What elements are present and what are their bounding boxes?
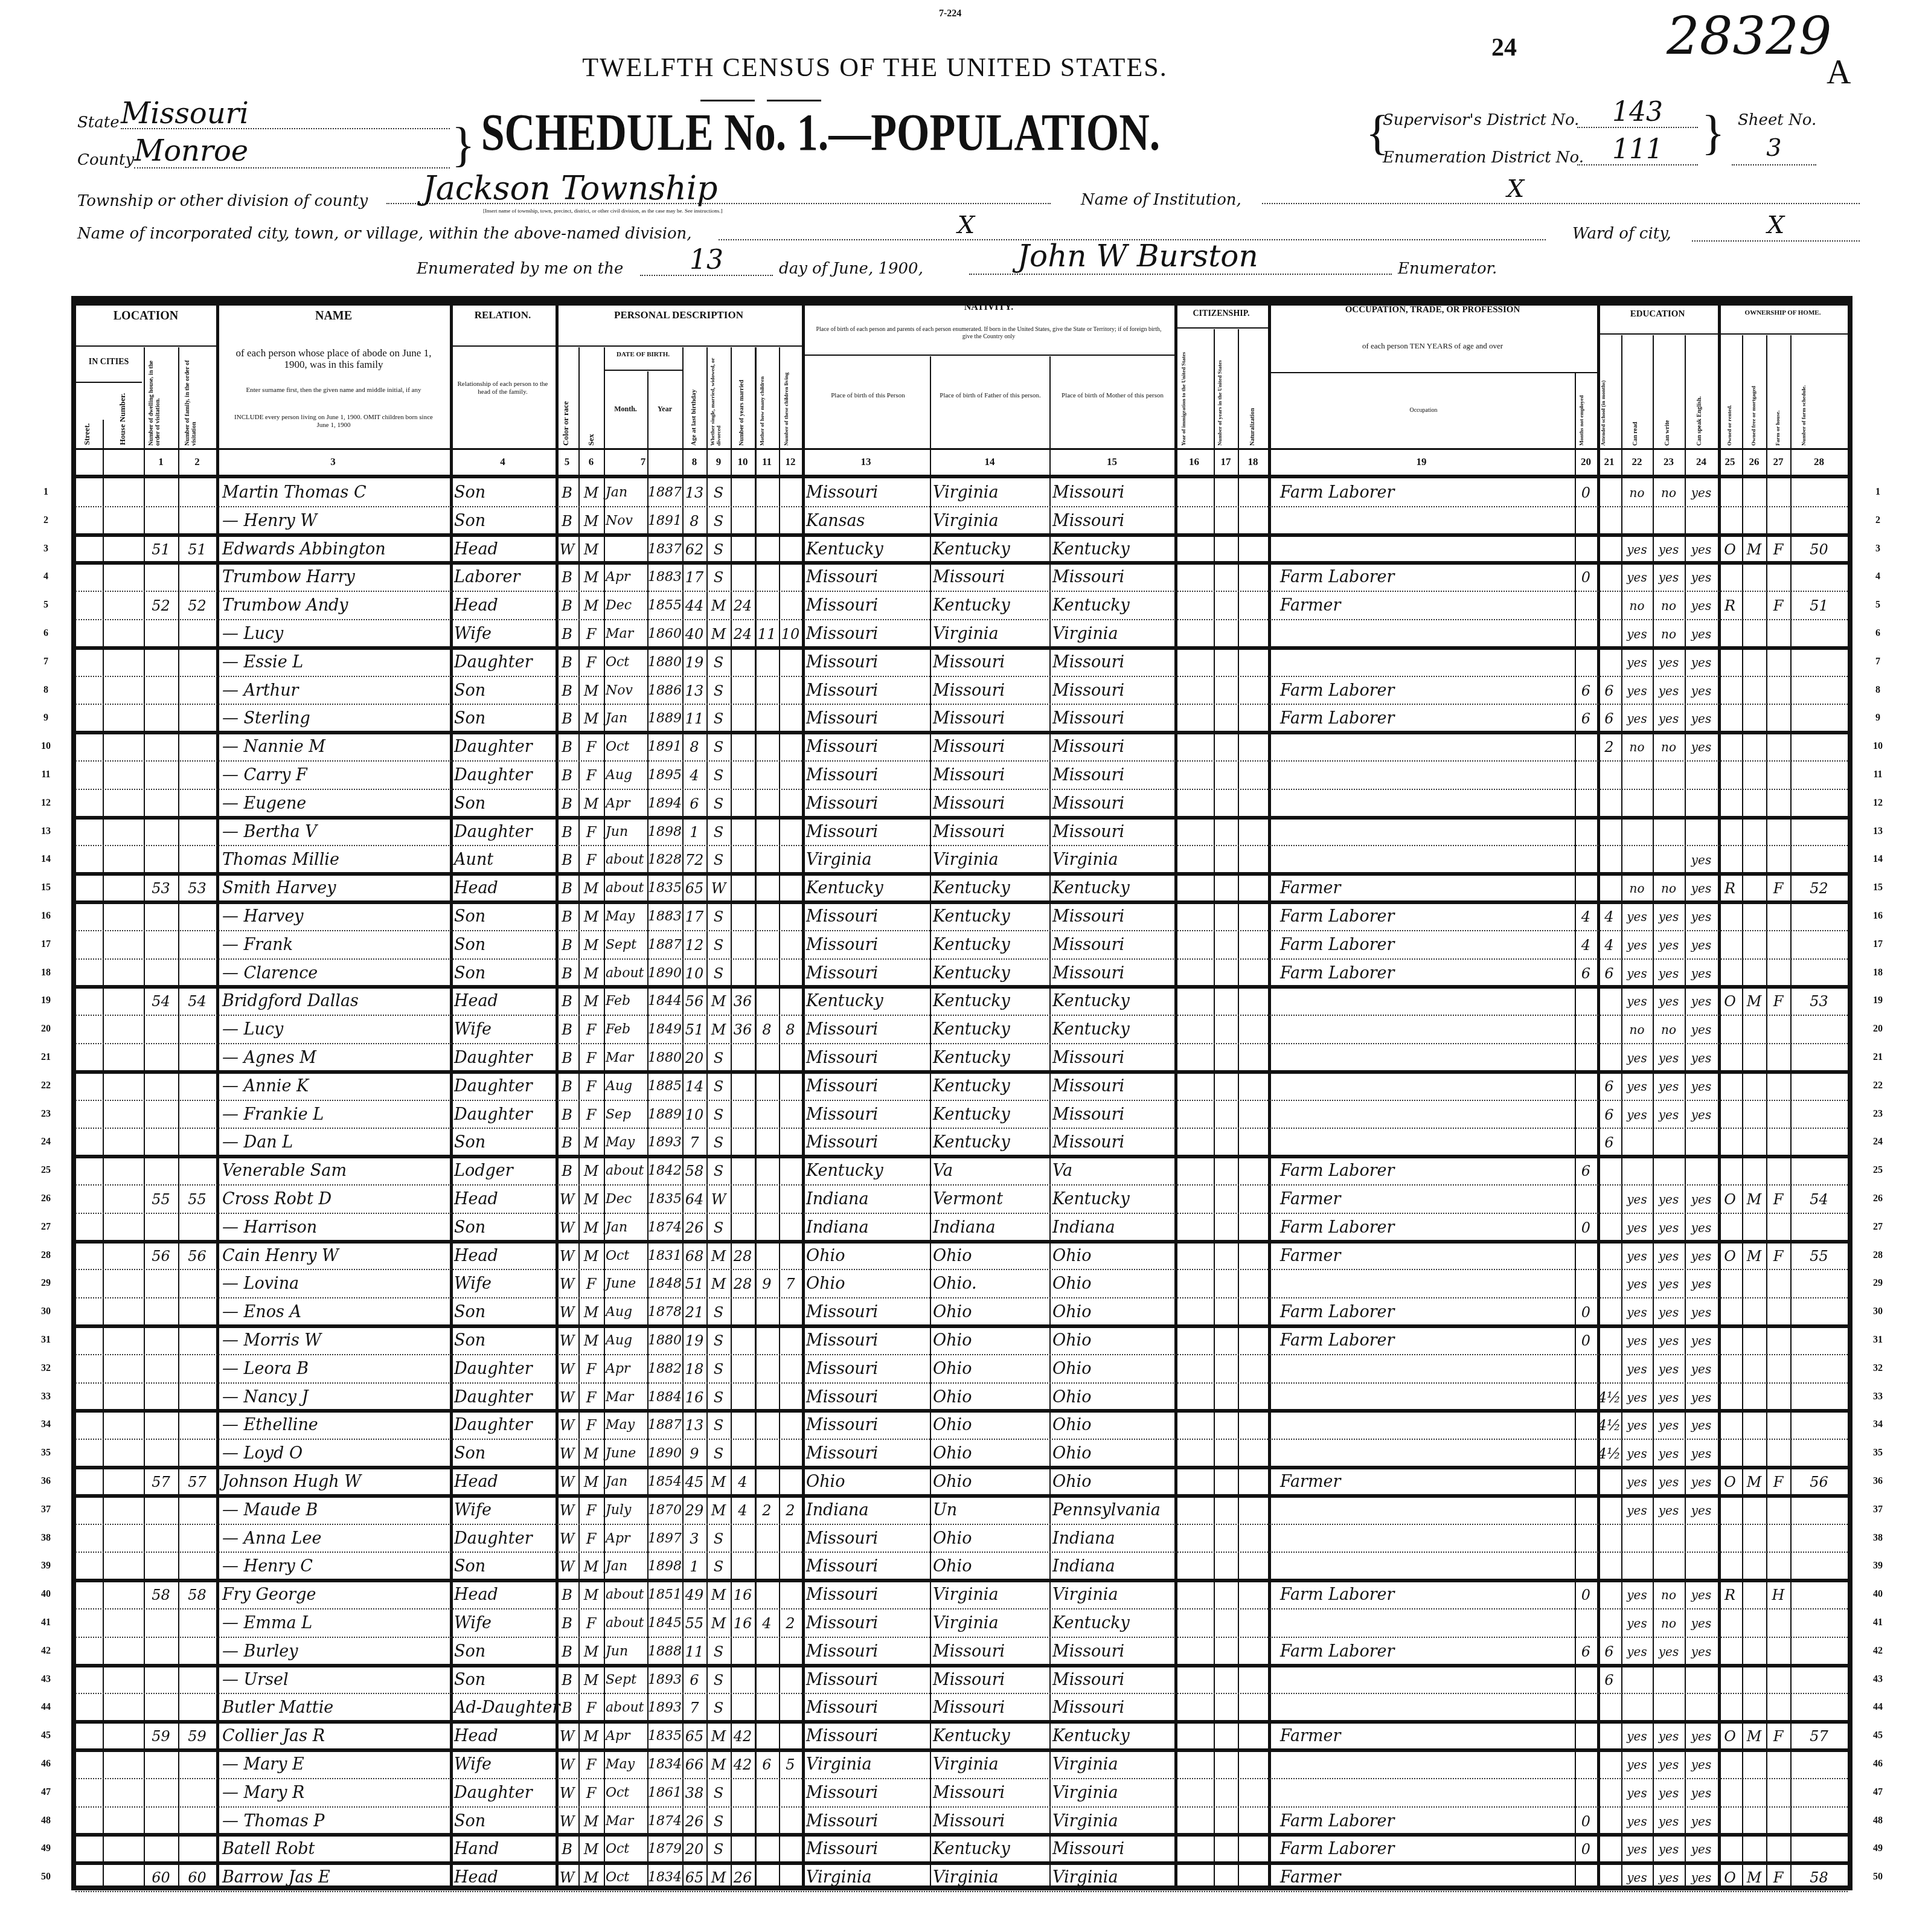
cell-col: B bbox=[556, 649, 578, 676]
cell-rel: Son bbox=[454, 1667, 556, 1693]
cell-en: yes bbox=[1685, 1412, 1718, 1439]
cell-ms: S bbox=[706, 1158, 731, 1184]
cell-ms: S bbox=[706, 705, 731, 732]
cell-mon: Aug bbox=[606, 1073, 647, 1100]
row-number-left: 34 bbox=[35, 1419, 57, 1430]
cell-wr: no bbox=[1653, 1610, 1685, 1637]
cell-col: W bbox=[556, 1186, 578, 1213]
row-number-right: 5 bbox=[1867, 600, 1889, 611]
cell-sex: M bbox=[578, 1469, 604, 1495]
cell-mu: 0 bbox=[1575, 1299, 1597, 1326]
cell-en: yes bbox=[1685, 1440, 1718, 1467]
cell-ms: M bbox=[706, 1610, 731, 1637]
cell-rd: yes bbox=[1621, 1102, 1653, 1128]
cell-free: M bbox=[1742, 1864, 1766, 1891]
cell-age: 51 bbox=[682, 1271, 706, 1297]
cell-rel: Daughter bbox=[454, 734, 556, 760]
cell-yr: 1889 bbox=[647, 705, 682, 732]
col-line bbox=[1766, 335, 1767, 1890]
cell-occ: Farmer bbox=[1280, 1243, 1575, 1269]
cell-name: — Agnes M bbox=[222, 1045, 450, 1071]
cell-rel: Son bbox=[454, 678, 556, 704]
colnum: 27 bbox=[1766, 456, 1790, 468]
city-field[interactable]: X bbox=[719, 211, 1546, 240]
enumerated-suffix: day of June, 1900, bbox=[779, 260, 923, 278]
row-number-right: 24 bbox=[1867, 1137, 1889, 1147]
header-nativity: NATIVITY. bbox=[803, 302, 1174, 313]
vheader-free-mortgaged: Owned free or mortgaged bbox=[1749, 338, 1758, 446]
cell-en: yes bbox=[1685, 875, 1718, 902]
cell-bf: Ohio bbox=[933, 1469, 1049, 1495]
header-month: Month. bbox=[604, 405, 647, 414]
cell-yr: 1897 bbox=[647, 1526, 682, 1552]
vheader-farm-house: Farm or house. bbox=[1773, 380, 1782, 446]
cell-bp: Missouri bbox=[806, 1808, 930, 1835]
cell-fam: 53 bbox=[178, 875, 216, 902]
row-number-right: 23 bbox=[1867, 1109, 1889, 1120]
cell-bm: Missouri bbox=[1052, 762, 1174, 789]
cell-en: yes bbox=[1685, 1751, 1718, 1778]
cell-ym: 28 bbox=[731, 1243, 755, 1269]
cell-yr: 1844 bbox=[647, 988, 682, 1015]
cell-mon: Mar bbox=[606, 1808, 647, 1835]
cell-rd: yes bbox=[1621, 1808, 1653, 1835]
cell-mon: May bbox=[606, 1751, 647, 1778]
cell-sch: 6 bbox=[1597, 960, 1621, 987]
cell-sex: F bbox=[578, 1045, 604, 1071]
row-divider bbox=[75, 1015, 1848, 1016]
cell-sex: M bbox=[578, 1582, 604, 1608]
cell-mon: Oct bbox=[606, 1780, 647, 1806]
cell-bp: Missouri bbox=[806, 1610, 930, 1637]
cell-col: W bbox=[556, 536, 578, 563]
vheader-owned-rented: Owned or rented. bbox=[1725, 368, 1734, 446]
cell-mu: 6 bbox=[1575, 960, 1597, 987]
h-rule bbox=[556, 345, 802, 347]
row-number-left: 23 bbox=[35, 1109, 57, 1120]
cell-yr: 1845 bbox=[647, 1610, 682, 1637]
cell-yr: 1891 bbox=[647, 508, 682, 534]
cell-bm: Ohio bbox=[1052, 1327, 1174, 1354]
cell-en: yes bbox=[1685, 564, 1718, 591]
row-number-left: 30 bbox=[35, 1306, 57, 1317]
cell-age: 12 bbox=[682, 932, 706, 958]
cell-mon: June bbox=[606, 1440, 647, 1467]
cell-bp: Missouri bbox=[806, 1553, 930, 1580]
cell-wr: yes bbox=[1653, 564, 1685, 591]
cell-wr: no bbox=[1653, 1582, 1685, 1608]
cell-fam: 55 bbox=[178, 1186, 216, 1213]
cell-sex: M bbox=[578, 1723, 604, 1750]
cell-mon: Aug bbox=[606, 762, 647, 789]
cell-rd: yes bbox=[1621, 1186, 1653, 1213]
cell-age: 29 bbox=[682, 1497, 706, 1524]
state-field[interactable]: Missouri bbox=[121, 97, 450, 129]
cell-age: 16 bbox=[682, 1384, 706, 1411]
cell-bf: Ohio bbox=[933, 1526, 1049, 1552]
cell-col: W bbox=[556, 1723, 578, 1750]
cell-mon: Oct bbox=[606, 649, 647, 676]
cell-mon: May bbox=[606, 1129, 647, 1156]
cell-farm: F bbox=[1766, 1186, 1790, 1213]
cell-bm: Missouri bbox=[1052, 678, 1174, 704]
cell-ms: S bbox=[706, 819, 731, 846]
cell-name: — Anna Lee bbox=[222, 1526, 450, 1552]
cell-wr: yes bbox=[1653, 903, 1685, 930]
row-divider bbox=[75, 1043, 1848, 1044]
cell-rd: yes bbox=[1621, 1780, 1653, 1806]
cell-rel: Aunt bbox=[454, 847, 556, 873]
cell-col: B bbox=[556, 1610, 578, 1637]
header-birth-father: Place of birth of Father of this person. bbox=[933, 391, 1048, 400]
cell-bm: Missouri bbox=[1052, 932, 1174, 958]
cell-bp: Missouri bbox=[806, 1638, 930, 1665]
cell-farm: F bbox=[1766, 592, 1790, 619]
row-divider bbox=[75, 845, 1848, 846]
vheader-immigration: Year of immigration to the United States bbox=[1180, 332, 1186, 446]
cell-yr: 1848 bbox=[647, 1271, 682, 1297]
cell-age: 65 bbox=[682, 1723, 706, 1750]
row-number-left: 43 bbox=[35, 1674, 57, 1685]
cell-occ: Farm Laborer bbox=[1280, 705, 1575, 732]
cell-bm: Missouri bbox=[1052, 649, 1174, 676]
vheader-months-unemployed: Months not employed bbox=[1578, 377, 1584, 446]
cell-sex: F bbox=[578, 1526, 604, 1552]
cell-bf: Virginia bbox=[933, 480, 1049, 506]
cell-rel: Head bbox=[454, 1582, 556, 1608]
cell-sex: M bbox=[578, 1864, 604, 1891]
cell-mon: Apr bbox=[606, 791, 647, 817]
cell-bf: Kentucky bbox=[933, 932, 1049, 958]
cell-bf: Missouri bbox=[933, 762, 1049, 789]
cell-age: 11 bbox=[682, 705, 706, 732]
cell-own: O bbox=[1718, 1243, 1742, 1269]
supervisor-field[interactable]: 143 bbox=[1577, 97, 1698, 128]
cell-dw: 52 bbox=[144, 592, 178, 619]
cell-ms: M bbox=[706, 1864, 731, 1891]
cell-name: — Nannie M bbox=[222, 734, 450, 760]
cell-wr: yes bbox=[1653, 1638, 1685, 1665]
cell-ms: S bbox=[706, 1327, 731, 1354]
row-number-left: 8 bbox=[35, 685, 57, 696]
cell-en: yes bbox=[1685, 1356, 1718, 1382]
cell-bf: Missouri bbox=[933, 564, 1049, 591]
row-number-right: 21 bbox=[1867, 1052, 1889, 1063]
cell-col: B bbox=[556, 1638, 578, 1665]
cell-en: yes bbox=[1685, 621, 1718, 647]
cell-rel: Daughter bbox=[454, 762, 556, 789]
cell-fam: 56 bbox=[178, 1243, 216, 1269]
colnum: 10 bbox=[731, 456, 755, 468]
township-field[interactable]: Jackson Township bbox=[386, 169, 1051, 204]
cell-mu: 6 bbox=[1575, 1638, 1597, 1665]
cell-moc: 9 bbox=[755, 1271, 779, 1297]
cell-name: Smith Harvey bbox=[222, 875, 450, 902]
row-number-left: 46 bbox=[35, 1759, 57, 1770]
row-number-left: 2 bbox=[35, 515, 57, 526]
header-relation: RELATION. bbox=[450, 309, 556, 321]
row-number-right: 17 bbox=[1867, 939, 1889, 950]
cell-bf: Missouri bbox=[933, 819, 1049, 846]
cell-yr: 1851 bbox=[647, 1582, 682, 1608]
cell-en: yes bbox=[1685, 649, 1718, 676]
cell-mon: Mar bbox=[606, 1384, 647, 1411]
cell-bf: Ohio bbox=[933, 1384, 1049, 1411]
ward-field[interactable]: X bbox=[1692, 211, 1860, 242]
occupation-description: of each person TEN YEARS of age and over bbox=[1274, 341, 1591, 350]
colnum: 18 bbox=[1238, 456, 1268, 468]
cell-farm: F bbox=[1766, 988, 1790, 1015]
header-ownership: OWNERSHIP OF HOME. bbox=[1718, 309, 1848, 316]
cell-rel: Son bbox=[454, 705, 556, 732]
enumeration-field[interactable]: 111 bbox=[1577, 134, 1698, 165]
cell-fs: 52 bbox=[1790, 875, 1848, 902]
cell-name: — Bertha V bbox=[222, 819, 450, 846]
row-number-left: 27 bbox=[35, 1222, 57, 1233]
cell-rel: Son bbox=[454, 1553, 556, 1580]
row-number-right: 36 bbox=[1867, 1476, 1889, 1487]
row-number-left: 6 bbox=[35, 628, 57, 639]
cell-col: B bbox=[556, 1073, 578, 1100]
cell-rel: Son bbox=[454, 1440, 556, 1467]
cell-col: W bbox=[556, 1780, 578, 1806]
cell-col: B bbox=[556, 960, 578, 987]
cell-col: W bbox=[556, 1497, 578, 1524]
cell-name: Collier Jas R bbox=[222, 1723, 450, 1750]
cell-moc: 2 bbox=[755, 1497, 779, 1524]
cell-dw: 56 bbox=[144, 1243, 178, 1269]
cell-bp: Missouri bbox=[806, 649, 930, 676]
cell-rel: Daughter bbox=[454, 1045, 556, 1071]
cell-col: B bbox=[556, 705, 578, 732]
col-line bbox=[1742, 335, 1743, 1890]
cell-en: yes bbox=[1685, 1327, 1718, 1354]
cell-age: 20 bbox=[682, 1045, 706, 1071]
cell-yr: 1885 bbox=[647, 1073, 682, 1100]
cell-ms: S bbox=[706, 1129, 731, 1156]
row-number-right: 12 bbox=[1867, 798, 1889, 809]
enumerated-day-field[interactable]: 13 bbox=[640, 245, 773, 276]
cell-name: — Harrison bbox=[222, 1215, 450, 1241]
cell-mon: Apr bbox=[606, 1723, 647, 1750]
cell-bm: Ohio bbox=[1052, 1440, 1174, 1467]
cell-col: B bbox=[556, 734, 578, 760]
county-field[interactable]: Monroe bbox=[134, 134, 450, 168]
colnum: 8 bbox=[682, 456, 706, 468]
colnum: 14 bbox=[930, 456, 1049, 468]
cell-name: — Thomas P bbox=[222, 1808, 450, 1835]
cell-rd: yes bbox=[1621, 1327, 1653, 1354]
cell-bm: Missouri bbox=[1052, 1667, 1174, 1693]
cell-sex: M bbox=[578, 1186, 604, 1213]
cell-moc: 11 bbox=[755, 621, 779, 647]
cell-bp: Missouri bbox=[806, 1723, 930, 1750]
h-rule bbox=[75, 382, 142, 383]
colnum: 13 bbox=[802, 456, 930, 468]
cell-rd: yes bbox=[1621, 1610, 1653, 1637]
cell-mon: about bbox=[606, 847, 647, 873]
cell-en: yes bbox=[1685, 1045, 1718, 1071]
cell-farm: F bbox=[1766, 1864, 1790, 1891]
row-divider bbox=[75, 760, 1848, 762]
cell-rel: Son bbox=[454, 903, 556, 930]
row-number-right: 9 bbox=[1867, 713, 1889, 724]
colnum: 25 bbox=[1718, 456, 1742, 468]
cell-age: 17 bbox=[682, 903, 706, 930]
cell-dw: 57 bbox=[144, 1469, 178, 1495]
row-number-left: 29 bbox=[35, 1278, 57, 1289]
cell-fs: 55 bbox=[1790, 1243, 1848, 1269]
cell-bp: Kentucky bbox=[806, 875, 930, 902]
cell-bp: Ohio bbox=[806, 1243, 930, 1269]
institution-field[interactable]: X bbox=[1262, 175, 1860, 204]
cell-rd: yes bbox=[1621, 1723, 1653, 1750]
cell-occ: Farm Laborer bbox=[1280, 564, 1575, 591]
brace-left: } bbox=[452, 121, 475, 169]
cell-bp: Kentucky bbox=[806, 988, 930, 1015]
vheader-color: Color or race bbox=[562, 387, 570, 446]
cell-occ: Farmer bbox=[1280, 1864, 1575, 1891]
cell-wr: yes bbox=[1653, 649, 1685, 676]
cell-ms: S bbox=[706, 1553, 731, 1580]
cell-sch: 2 bbox=[1597, 734, 1621, 760]
vheader-can-read: Can read bbox=[1632, 399, 1640, 446]
cell-en: yes bbox=[1685, 1102, 1718, 1128]
sheet-field[interactable]: 3 bbox=[1732, 134, 1816, 165]
cell-bm: Missouri bbox=[1052, 734, 1174, 760]
cell-name: — Mary R bbox=[222, 1780, 450, 1806]
cell-col: W bbox=[556, 1553, 578, 1580]
nativity-description: Place of birth of each person and parent… bbox=[812, 326, 1165, 341]
cell-age: 8 bbox=[682, 508, 706, 534]
cell-name: — Mary E bbox=[222, 1751, 450, 1778]
cell-en: yes bbox=[1685, 1215, 1718, 1241]
cell-yr: 1895 bbox=[647, 762, 682, 789]
cell-yr: 1888 bbox=[647, 1638, 682, 1665]
cell-col: B bbox=[556, 847, 578, 873]
cell-en: yes bbox=[1685, 1582, 1718, 1608]
cell-col: W bbox=[556, 1864, 578, 1891]
row-divider bbox=[75, 1354, 1848, 1355]
cell-sex: M bbox=[578, 988, 604, 1015]
cell-rd: yes bbox=[1621, 1215, 1653, 1241]
cell-rd: yes bbox=[1621, 1864, 1653, 1891]
cell-bf: Kentucky bbox=[933, 1129, 1049, 1156]
cell-age: 62 bbox=[682, 536, 706, 563]
cell-bm: Virginia bbox=[1052, 621, 1174, 647]
cell-age: 6 bbox=[682, 1667, 706, 1693]
name-include-note: INCLUDE every person living on June 1, 1… bbox=[229, 414, 438, 429]
cell-occ: Farm Laborer bbox=[1280, 1808, 1575, 1835]
cell-mon: Nov bbox=[606, 678, 647, 704]
cell-rel: Wife bbox=[454, 1610, 556, 1637]
row-divider bbox=[75, 676, 1848, 677]
cell-age: 13 bbox=[682, 480, 706, 506]
row-number-right: 15 bbox=[1867, 882, 1889, 893]
cell-wr: yes bbox=[1653, 1271, 1685, 1297]
cell-rel: Son bbox=[454, 960, 556, 987]
row-number-right: 38 bbox=[1867, 1533, 1889, 1544]
cell-bp: Ohio bbox=[806, 1469, 930, 1495]
cell-bf: Kentucky bbox=[933, 536, 1049, 563]
cell-ms: M bbox=[706, 1723, 731, 1750]
cell-yr: 1886 bbox=[647, 678, 682, 704]
row-number-left: 41 bbox=[35, 1617, 57, 1628]
row-number-left: 37 bbox=[35, 1504, 57, 1515]
row-divider bbox=[75, 1637, 1848, 1638]
cell-sex: F bbox=[578, 819, 604, 846]
cell-bf: Missouri bbox=[933, 791, 1049, 817]
cell-rd: yes bbox=[1621, 1356, 1653, 1382]
cell-name: — Annie K bbox=[222, 1073, 450, 1100]
cell-age: 64 bbox=[682, 1186, 706, 1213]
cell-free: M bbox=[1742, 1186, 1766, 1213]
cell-bf: Virginia bbox=[933, 847, 1049, 873]
cell-bm: Ohio bbox=[1052, 1243, 1174, 1269]
title-rule-left bbox=[700, 100, 755, 101]
cell-yr: 1887 bbox=[647, 1412, 682, 1439]
cell-own: O bbox=[1718, 988, 1742, 1015]
cell-rel: Head bbox=[454, 988, 556, 1015]
title-rule-right bbox=[767, 100, 821, 101]
cell-col: B bbox=[556, 1016, 578, 1043]
cell-sch: 6 bbox=[1597, 1102, 1621, 1128]
colnum: 17 bbox=[1214, 456, 1238, 468]
cell-name: — Essie L bbox=[222, 649, 450, 676]
cell-farm: F bbox=[1766, 875, 1790, 902]
cell-wr: yes bbox=[1653, 1412, 1685, 1439]
colnum: 6 bbox=[578, 456, 604, 468]
cell-yr: 1890 bbox=[647, 1440, 682, 1467]
cell-wr: yes bbox=[1653, 1243, 1685, 1269]
row-divider bbox=[75, 619, 1848, 620]
cell-sex: M bbox=[578, 1836, 604, 1863]
row-number-left: 39 bbox=[35, 1561, 57, 1571]
cell-bm: Missouri bbox=[1052, 564, 1174, 591]
cell-bp: Missouri bbox=[806, 1695, 930, 1721]
cell-ms: S bbox=[706, 1526, 731, 1552]
row-number-right: 30 bbox=[1867, 1306, 1889, 1317]
cell-yr: 1898 bbox=[647, 1553, 682, 1580]
cell-ms: S bbox=[706, 1384, 731, 1411]
row-divider bbox=[75, 1693, 1848, 1694]
cell-col: B bbox=[556, 988, 578, 1015]
cell-fam: 59 bbox=[178, 1723, 216, 1750]
cell-bf: Virginia bbox=[933, 508, 1049, 534]
enumerator-signature[interactable]: John W Burston bbox=[969, 239, 1392, 275]
cell-mon: Jan bbox=[606, 705, 647, 732]
cell-ms: M bbox=[706, 592, 731, 619]
cell-bf: Ohio bbox=[933, 1412, 1049, 1439]
cell-occ: Farm Laborer bbox=[1280, 480, 1575, 506]
cell-sex: M bbox=[578, 678, 604, 704]
cell-sex: M bbox=[578, 1440, 604, 1467]
cell-name: — Sterling bbox=[222, 705, 450, 732]
cell-mon: Jan bbox=[606, 1215, 647, 1241]
row-number-right: 8 bbox=[1867, 685, 1889, 696]
cell-occ: Farm Laborer bbox=[1280, 1582, 1575, 1608]
cell-mu: 0 bbox=[1575, 1836, 1597, 1863]
cell-col: B bbox=[556, 1667, 578, 1693]
cell-bf: Kentucky bbox=[933, 1836, 1049, 1863]
cell-ms: S bbox=[706, 1215, 731, 1241]
cell-wr: no bbox=[1653, 875, 1685, 902]
row-number-left: 32 bbox=[35, 1363, 57, 1374]
cell-name: Trumbow Andy bbox=[222, 592, 450, 619]
row-number-left: 26 bbox=[35, 1193, 57, 1204]
row-number-right: 37 bbox=[1867, 1504, 1889, 1515]
cell-yr: 1874 bbox=[647, 1215, 682, 1241]
